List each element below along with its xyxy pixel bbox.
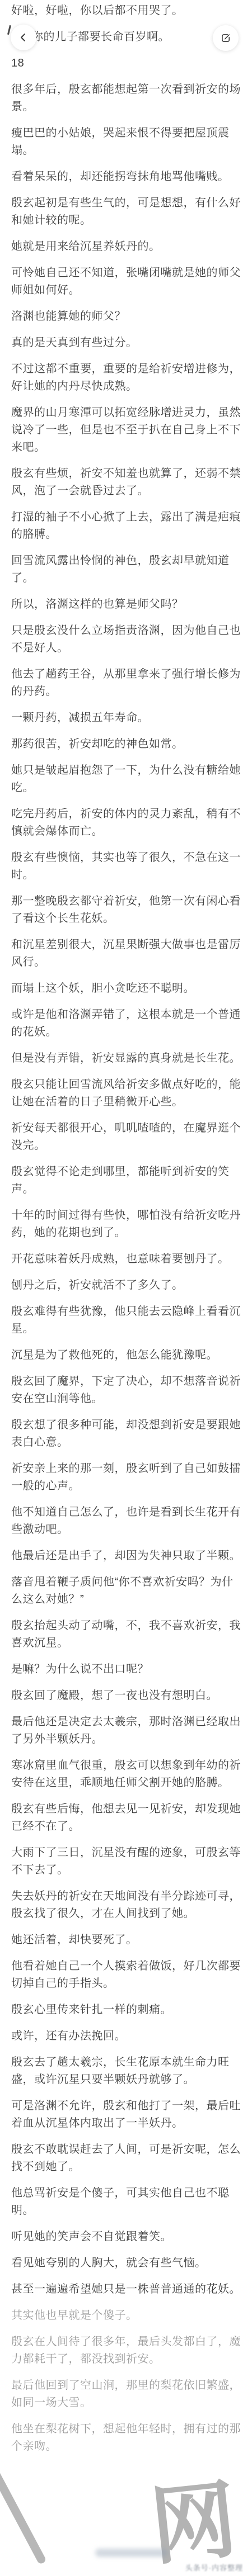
paragraph: 她就是用来给沉星养妖丹的。 [11,238,241,255]
paragraph: 但是没有弄错，祈安显露的真身就是长生花。 [11,1050,241,1067]
paragraph: 最后他还是决定去太羲宗，那时洛渊已经取出了另外半颗妖丹。 [11,1713,241,1748]
paragraph: 开花意味着妖丹成熟，也意味着要刨丹了。 [11,1251,241,1268]
blurred-smudge [95,2549,168,2557]
paragraph: 殷玄回了魔界，下定了决心，却不想落音说祈安在空山涧等他。 [11,1373,241,1408]
paragraph: 真的是天真到有些过分。 [11,334,241,352]
paragraph: 失去妖丹的祈安在天地间没有半分踪迹可寻，殷玄找了很久，才在人间找到了她。 [11,1888,241,1922]
paragraph: 殷玄在人间待了很多年，最后头发都白了，魔力都耗干了，都没找到祈安。 [11,2333,241,2368]
paragraph: 沉星是为了救他死的，他怎么能犹豫呢。 [11,1347,241,1364]
paragraph: 只是殷玄没什么立场指责洛渊，因为他自己也不是好人。 [11,622,241,657]
paragraph: 殷玄只能让回雪流风给祈安多做点好吃的，能让她在活着的日子里稍微开心些。 [11,1076,241,1111]
paragraph: 一颗丹药，减损五年寿命。 [11,709,241,727]
paragraph: 回雪流风露出怜悯的神色，殷玄却早就知道了。 [11,552,241,587]
paragraph: 殷玄想了很多种可能，却没想到祈安是要跟她表白心意。 [11,1417,241,1451]
back-button[interactable] [11,25,36,50]
paragraph: 不过这都不重要，重要的是给祈安增进修为，好让她的内丹尽快成熟。 [11,361,241,395]
compose-icon [220,32,232,44]
paragraph: 你的儿子都要长命百岁啊。 [11,29,241,46]
article-body: 好啦，好啦，你以后都不用哭了。你的儿子都要长命百岁啊。18很多年后，殷玄都能想起… [11,2,241,2455]
paragraph: 洛渊也能算她的师父？ [11,308,241,325]
paragraph: 殷玄不敢耽误赶去了人间，可是祈安呢，怎么找不到她了。 [11,2141,241,2176]
paragraph: 他坐在梨花树下，想起他年轻时，拥有过的那个亲吻。 [11,2421,241,2455]
paragraph: 最后他回到了空山涧，那里的梨花依旧繁盛，如同一场大雪。 [11,2377,241,2412]
paragraph: 大雨下了三日，沉星没有醒的迹象，可殷玄等不下去了。 [11,1844,241,1879]
paragraph: 刨丹之后，祈安就活不了多久了。 [11,1277,241,1294]
paragraph: 祈安每天都很开心，叽叽喳喳的，在魔界逛个没完。 [11,1120,241,1154]
paragraph: 她还活着，却快要死了。 [11,1931,241,1949]
paragraph: 她只是皱起眉抱怨了一下，为什么没有糖给她吃。 [11,762,241,797]
paragraph: 或许，还有办法挽回。 [11,2028,241,2045]
chapter-marker: 18 [11,55,241,72]
paragraph: 或许是他和洛渊弄错了，这根本就是一个普通的花妖。 [11,1006,241,1041]
paragraph: 殷玄有些烦，祈安不知羞也就算了，还弱不禁风，泡了一会就昏过去了。 [11,465,241,500]
paragraph: 祈安亲上来的那一刻，殷玄听到了自己如鼓擂一般的心声。 [11,1460,241,1495]
paragraph: 所以，洛渊这样的也算是师父吗？ [11,596,241,613]
paragraph: 他最后还是出手了，却因为失神只取了半颗。 [11,1547,241,1565]
watermark-caption: 头条号·内容整理 [185,2562,243,2573]
paragraph: 看见她夸别的人胸大，就会有些气恼。 [11,2255,241,2272]
paragraph: 和沉星差别很大，沉星果断强大做事也是雷厉风行。 [11,936,241,971]
paragraph: 殷玄难得有些犹豫，他只能去云隐峰上看看沉星。 [11,1303,241,1338]
paragraph: 殷玄起初是有些生气的，可是想想，有什么好和她计较的呢。 [11,195,241,229]
paragraph: 十年的时间过得有些快，哪怕没有给祈安吃丹药，她的花期也到了。 [11,1207,241,1242]
paragraph: 魔界的山月寒潭可以拓宽经脉增进灵力，虽然说冷了一些，但是也不至于扒在自己身上不下… [11,404,241,456]
paragraph: 那药很苦，祈安却吃的神色如常。 [11,736,241,753]
paragraph: 而塌上这个妖，胆小贪吃还不聪明。 [11,980,241,997]
paragraph: 可怜她自己还不知道，张嘴闭嘴就是她的师父师姐如何好。 [11,264,241,299]
paragraph: 听见她的笑声会不自觉跟着笑。 [11,2228,241,2246]
chevron-left-icon [18,32,29,43]
watermark-stroke [0,2449,47,2565]
paragraph: 他看着她自己一个人摸索着做饭，好几次都要切掉自己的手指头。 [11,1958,241,1992]
paragraph: 寒冰窟里血气很重，殷玄可以想象到年幼的祈安待在这里，乖顺地任师父割开她的胳膊。 [11,1757,241,1792]
paragraph: 他去了趟药王谷，从那里拿来了强行增长修为的丹药。 [11,666,241,700]
paragraph: 他不知道自己怎么了，也许是看到长生花开有些激动吧。 [11,1504,241,1538]
paragraph: 吃完丹药后，祈安的体内的灵力紊乱，稍有不慎就会爆体而亡。 [11,806,241,840]
paragraph: 看着呆呆的，却还能拐弯抹角地骂他嘴贱。 [11,168,241,186]
paragraph: 是嘛？为什么说不出口呢？ [11,1661,241,1678]
compose-button[interactable] [213,25,239,51]
paragraph: 殷玄有些后悔，他想去见一见祈安，却发现她已经不在了。 [11,1801,241,1835]
paragraph: 他总骂祈安是个傻子，可其实他自己也不聪明。 [11,2185,241,2219]
paragraph: 很多年后，殷玄都能想起第一次看到祈安的场景。 [11,81,241,116]
paragraph: 好啦，好啦，你以后都不用哭了。 [11,2,241,20]
paragraph: 殷玄觉得不论走到哪里，都能听到祈安的笑声。 [11,1163,241,1198]
paragraph: 殷玄回了魔殿，想了一夜也没有想明白。 [11,1687,241,1704]
paragraph: 其实他也早就是个傻子。 [11,2307,241,2324]
reader-page: 好啦，好啦，你以后都不用哭了。你的儿子都要长命百岁啊。18很多年后，殷玄都能想起… [0,0,252,2576]
paragraph: 甚至一遍遍希望她只是一株普普通通的花妖。 [11,2281,241,2298]
paragraph: 殷玄去了趟太羲宗，长生花原本就生命力旺盛，或许沉星只要半颗妖丹就够了。 [11,2054,241,2089]
paragraph: 打湿的袖子不小心掀了上去，露出了满是疤痕的胳膊。 [11,509,241,543]
paragraph: 落音甩着鞭子质问他“你不喜欢祈安吗？为什么这么对她？” [11,1574,241,1608]
paragraph: 殷玄心里传来针扎一样的刺痛。 [11,2001,241,2019]
paragraph: 瘦巴巴的小姑娘，哭起来恨不得要把屋顶震塌。 [11,125,241,159]
paragraph: 可是洛渊不允许，殷玄和他打了一架，最后吐着血从沉星体内取出了一半妖丹。 [11,2097,241,2132]
paragraph: 那一整晚殷玄都守着祈安，他第一次有闲心看了看这个长生花妖。 [11,893,241,927]
paragraph: 殷玄有些懊恼，其实也等了很久，不急在这一时。 [11,849,241,884]
paragraph: 殷玄抬起头动了动嘴，不，我不喜欢祈安，我喜欢沉星。 [11,1617,241,1652]
